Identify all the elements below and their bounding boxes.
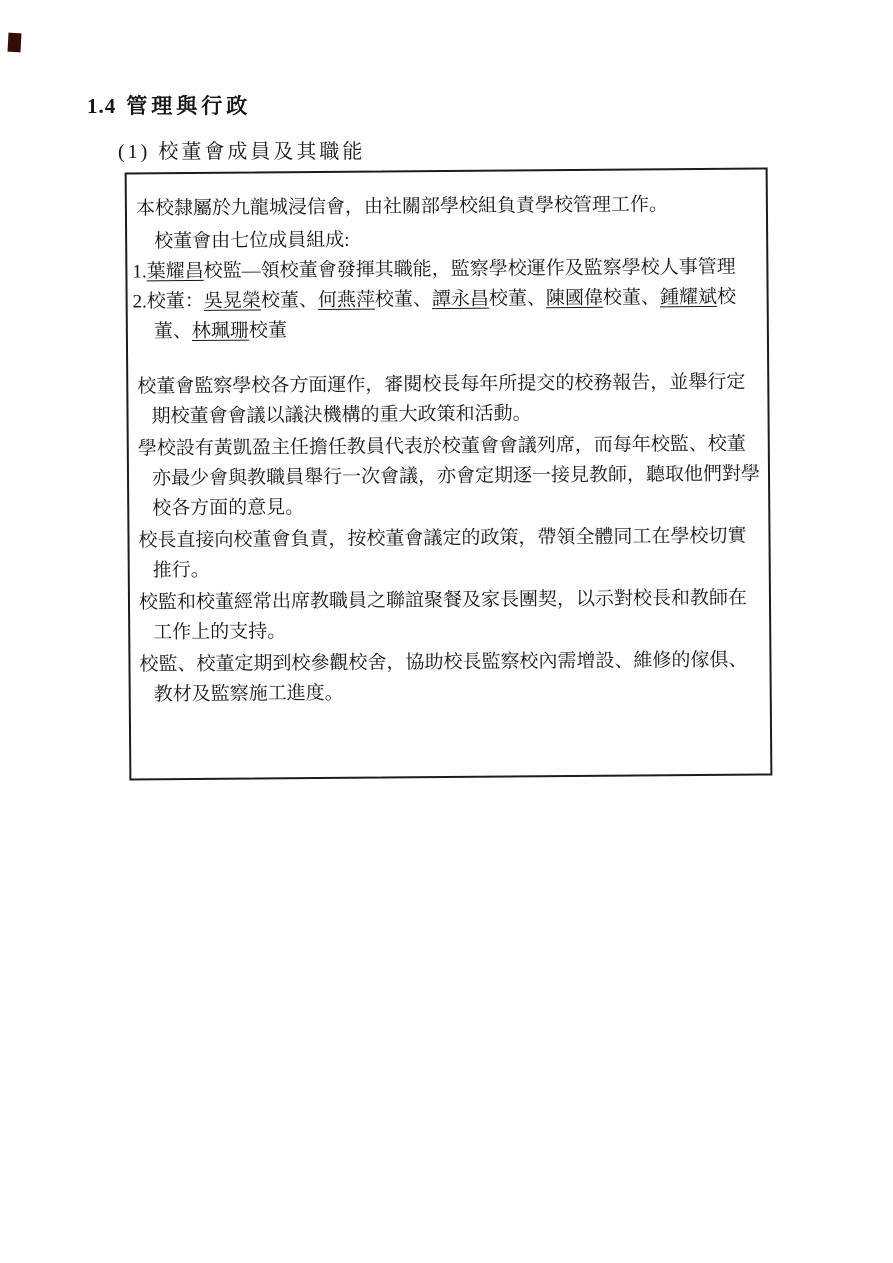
- director-name: 吳晃榮: [204, 290, 261, 311]
- supervisor-duties-text: 校監—領校董會發揮其職能，監察學校運作及監察學校人事管理: [204, 257, 736, 282]
- duty-paragraph: 校監和校董經常出席教職員之聯誼聚餐及家長團契，以示對校長和教師在工作上的支持。: [139, 584, 761, 649]
- director-name: 譚永昌: [432, 289, 489, 310]
- directors-item: 2.校董：吳晃榮校董、何燕萍校董、譚永昌校董、陳國偉校董、鍾耀斌校董、林珮珊校董: [133, 283, 759, 348]
- director-title: 校董、: [261, 290, 318, 311]
- supervisor-prefix: 1.: [132, 261, 146, 282]
- director-name: 鍾耀斌: [660, 287, 717, 308]
- director-title: 校董、: [375, 289, 432, 310]
- director-title: 校董: [249, 320, 287, 341]
- duty-paragraph: 學校設有黃凱盈主任擔任教員代表於校董會會議列席，而每年校監、校董亦最少會與教職員…: [138, 430, 761, 525]
- director-title: 校董、: [603, 287, 660, 308]
- director-name: 林珮珊: [192, 321, 249, 342]
- duty-paragraph: 校董會監察學校各方面運作，審閱校長每年所提交的校務報告，並舉行定期校董會會議以議…: [137, 368, 759, 433]
- governance-info-box: 本校隸屬於九龍城浸信會，由社關部學校組負責學校管理工作。 校董會由七位成員組成:…: [125, 167, 773, 780]
- director-name: 何燕萍: [318, 290, 375, 311]
- section-number: 1.4: [87, 94, 116, 118]
- duty-paragraph: 校監、校董定期到校參觀校舍，協助校長監察校內需增設、維修的傢俱、教材及監察施工進…: [139, 646, 761, 711]
- scan-artifact-mark: [8, 33, 22, 53]
- section-heading: 1.4管理與行政: [87, 90, 251, 120]
- directors-prefix: 2.: [133, 291, 147, 312]
- director-title: 校董、: [489, 288, 546, 309]
- composition-line: 校董會由七位成員組成:: [154, 223, 758, 258]
- subsection-heading: (1) 校董會成員及其職能: [118, 135, 365, 164]
- directors-label: 校董：: [147, 291, 204, 312]
- duty-paragraph: 校長直接向校董會負責，按校董會議定的政策，帶領全體同工在學校切實推行。: [138, 522, 760, 587]
- members-list: 1.葉耀昌校監—領校董會發揮其職能，監察學校運作及監察學校人事管理 2.校董：吳…: [136, 253, 759, 348]
- intro-paragraph: 本校隸屬於九龍城浸信會，由社關部學校組負責學校管理工作。: [136, 190, 758, 225]
- section-title: 管理與行政: [126, 94, 251, 118]
- supervisor-name: 葉耀昌: [147, 261, 204, 282]
- director-name: 陳國偉: [546, 288, 603, 309]
- supervisor-item: 1.葉耀昌校監—領校董會發揮其職能，監察學校運作及監察學校人事管理: [132, 253, 758, 288]
